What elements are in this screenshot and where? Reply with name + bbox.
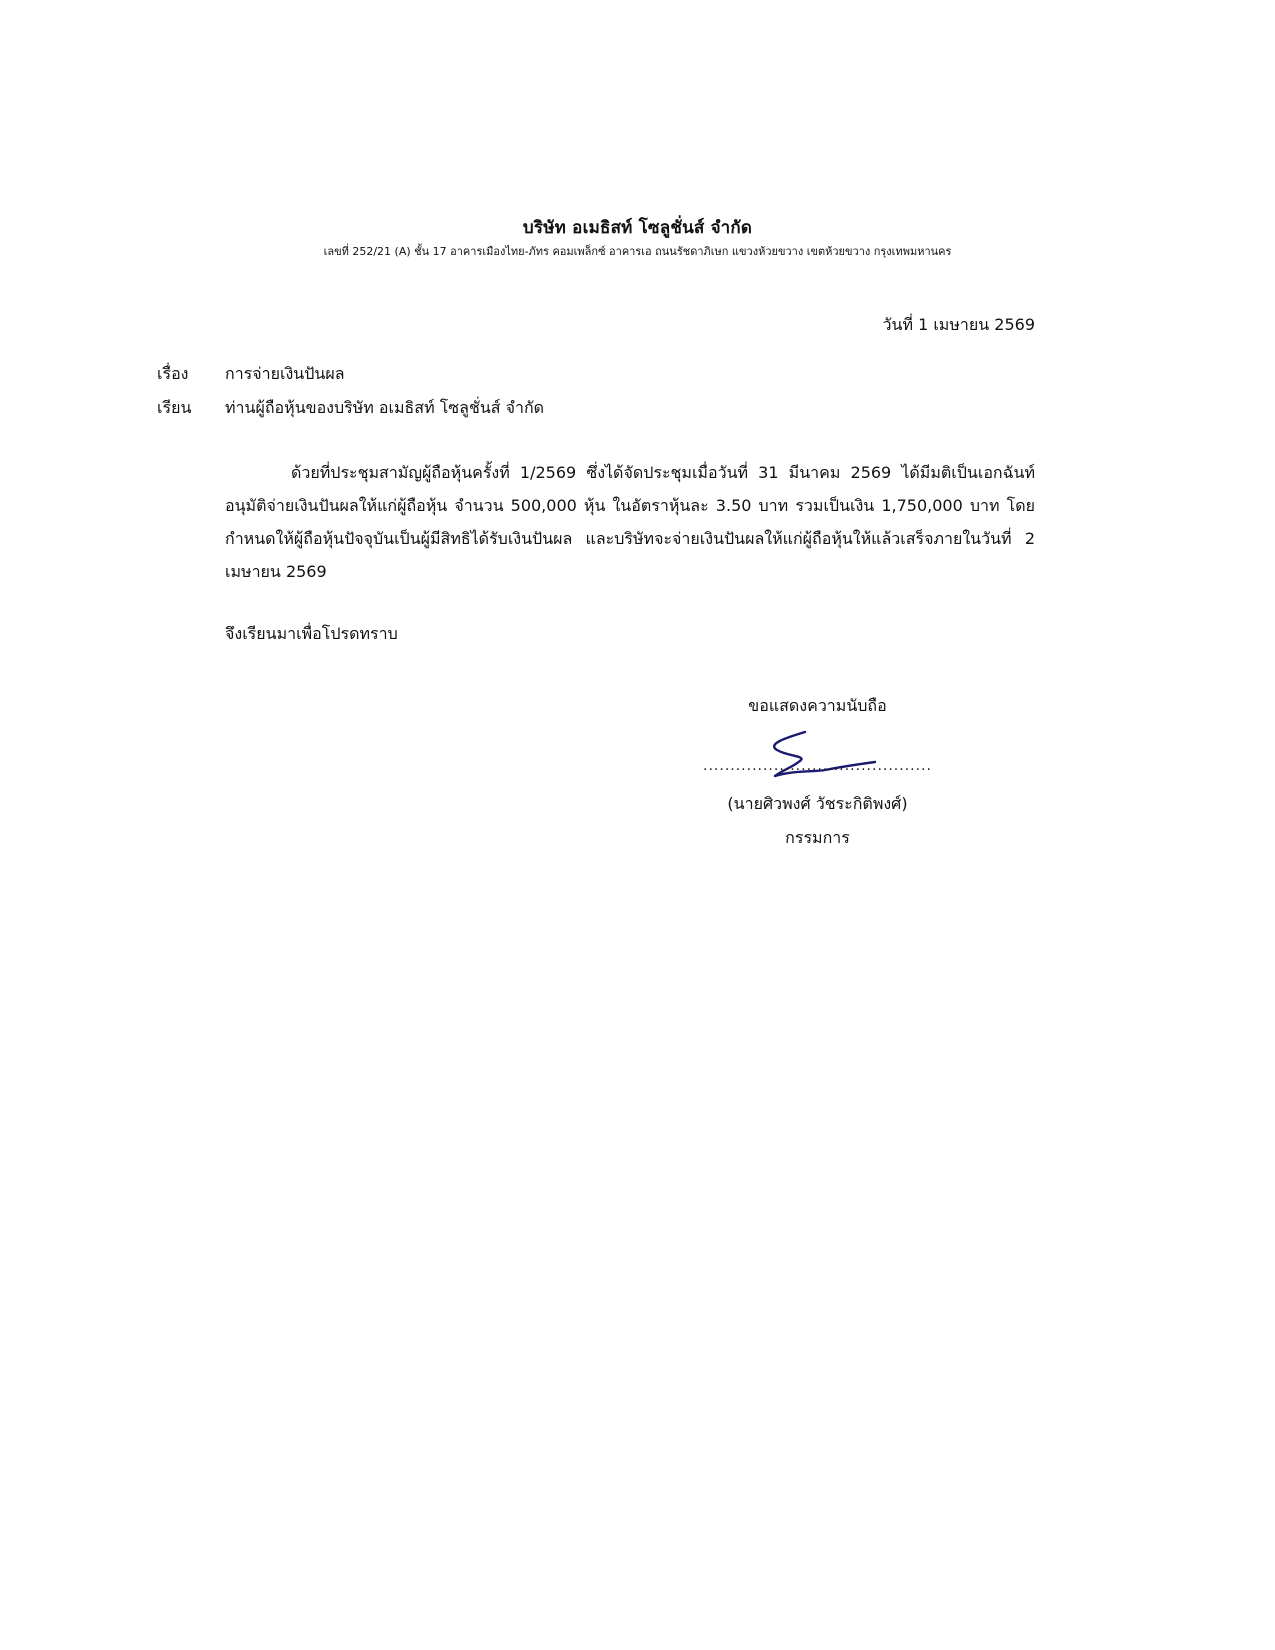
signatory-name: (นายศิวพงศ์ วัชระกิติพงศ์) — [700, 792, 935, 817]
subject-label: เรื่อง — [157, 362, 188, 387]
recipient-value: ท่านผู้ถือหุ้นของบริษัท อเมธิสท์ โซลูชั่… — [225, 396, 544, 421]
subject-value: การจ่ายเงินปันผล — [225, 362, 345, 387]
closing-line: จึงเรียนมาเพื่อโปรดทราบ — [225, 622, 398, 647]
signatory-title: กรรมการ — [700, 826, 935, 851]
company-name: บริษัท อเมธิสท์ โซลูชั่นส์ จำกัด — [0, 214, 1275, 241]
letter-body: ด้วยที่ประชุมสามัญผู้ถือหุ้นครั้งที่ 1/2… — [225, 456, 1035, 588]
recipient-label: เรียน — [157, 396, 191, 421]
company-address: เลขที่ 252/21 (A) ชั้น 17 อาคารเมืองไทย-… — [0, 242, 1275, 260]
letter-date: วันที่ 1 เมษายน 2569 — [883, 313, 1035, 338]
complimentary-close: ขอแสดงความนับถือ — [700, 694, 935, 719]
signature-line: ........................................… — [700, 758, 935, 774]
